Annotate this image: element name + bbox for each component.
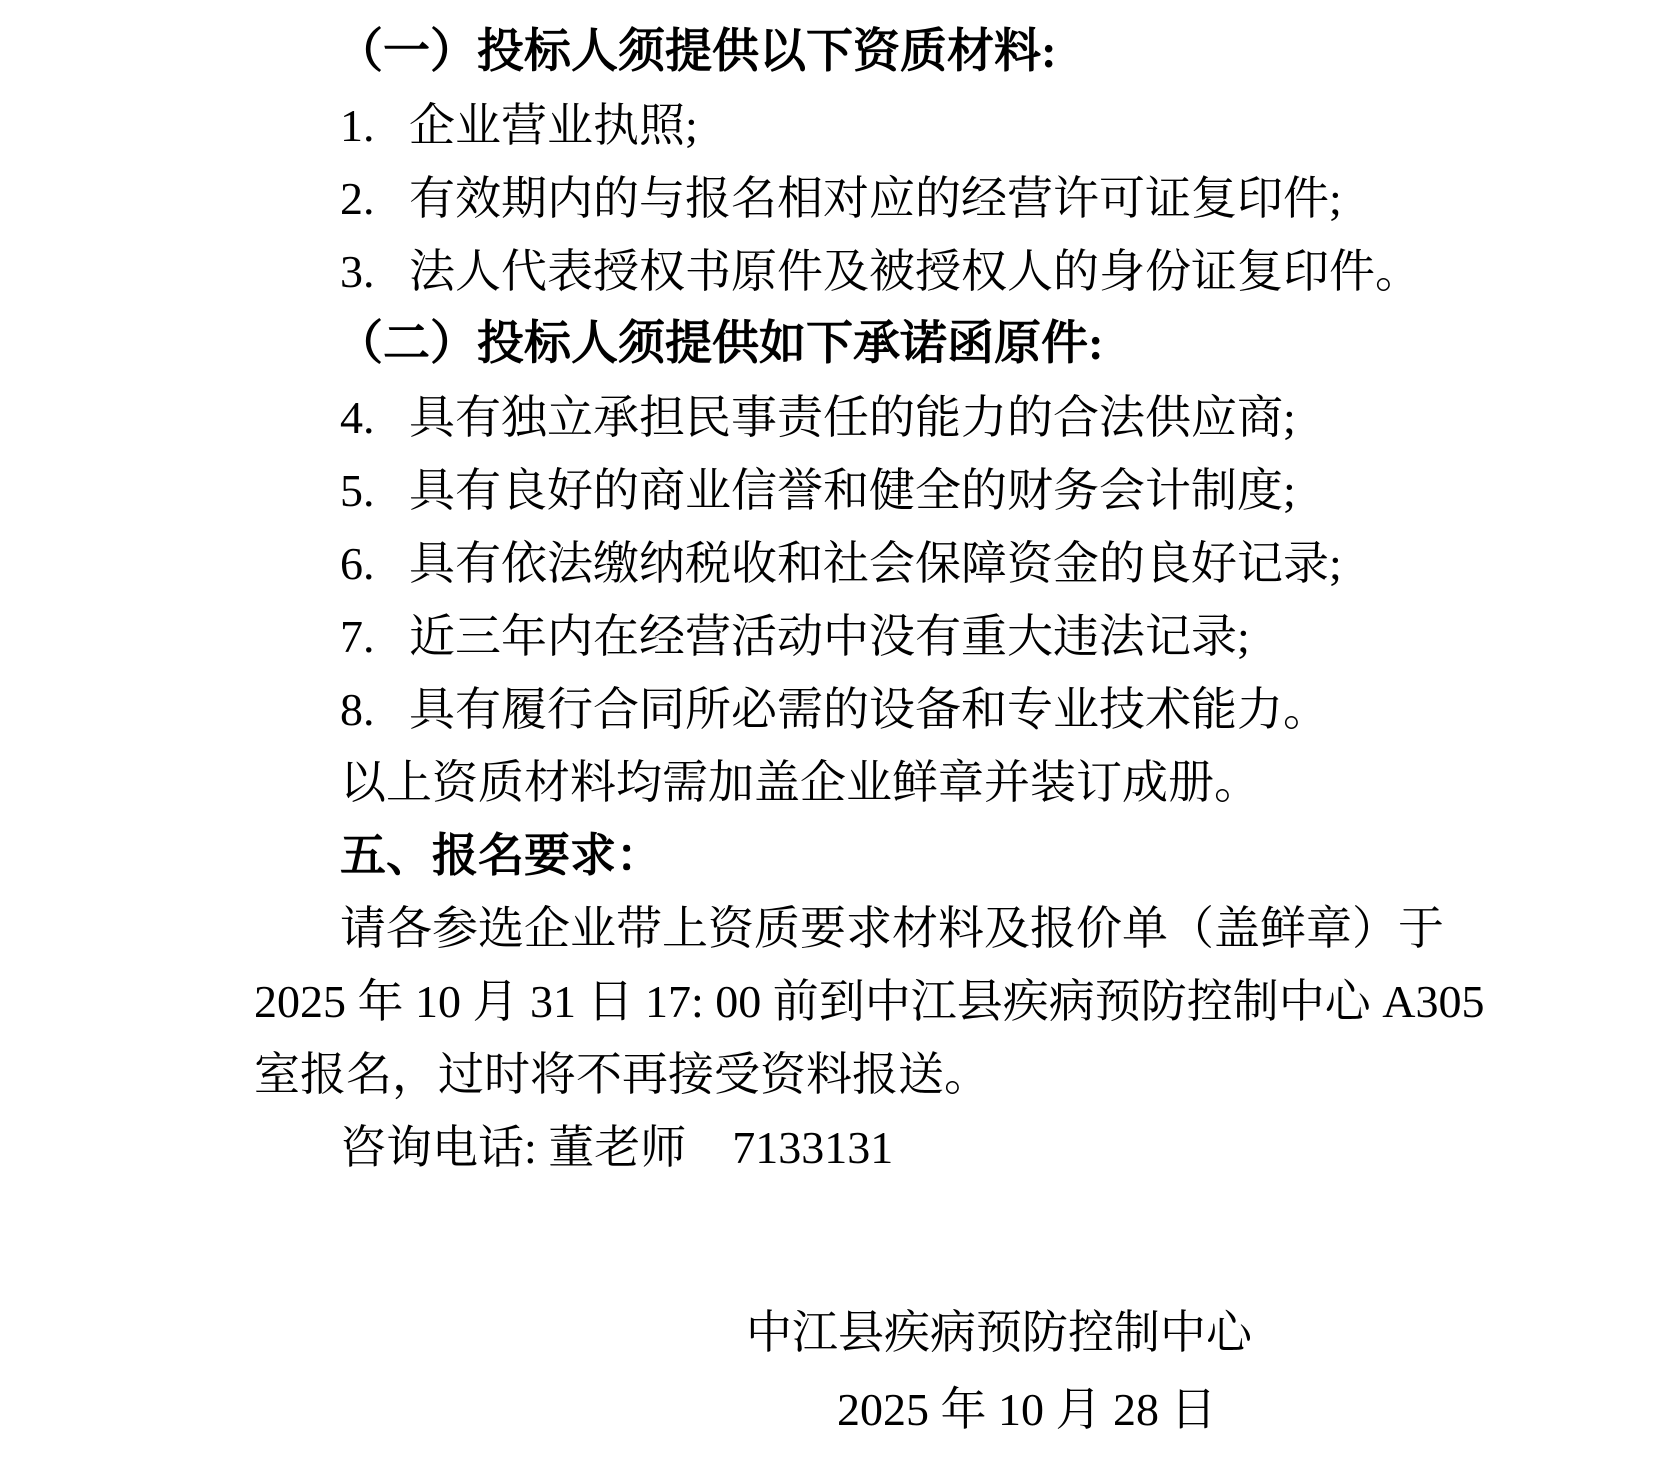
list-item-2: 2. 有效期内的与报名相对应的经营许可证复印件; [240, 162, 1454, 235]
section-heading-qualification: （一）投标人须提供以下资质材料: [240, 16, 1454, 89]
list-item-8: 8. 具有履行合同所必需的设备和专业技术能力。 [240, 673, 1454, 746]
signature-org: 中江县疾病预防控制中心 [240, 1294, 1454, 1371]
signature-date: 2025 年 10 月 28 日 [240, 1371, 1454, 1448]
section-heading-registration: 五、报名要求： [240, 819, 1454, 892]
document-page: （一）投标人须提供以下资质材料: 1. 企业营业执照; 2. 有效期内的与报名相… [0, 0, 1654, 1458]
list-item-1: 1. 企业营业执照; [240, 89, 1454, 162]
list-item-7: 7. 近三年内在经营活动中没有重大违法记录; [240, 600, 1454, 673]
contact-phone-line: 咨询电话: 董老师 7133131 [240, 1111, 1454, 1184]
list-item-4: 4. 具有独立承担民事责任的能力的合法供应商; [240, 381, 1454, 454]
list-item-6: 6. 具有依法缴纳税收和社会保障资金的良好记录; [240, 527, 1454, 600]
list-item-3: 3. 法人代表授权书原件及被授权人的身份证复印件。 [240, 235, 1454, 308]
registration-paragraph-line-1: 请各参选企业带上资质要求材料及报价单（盖鲜章）于 [240, 892, 1454, 965]
binding-note: 以上资质材料均需加盖企业鲜章并装订成册。 [240, 746, 1454, 819]
blank-line [240, 1184, 1454, 1294]
registration-paragraph-line-3: 室报名，过时将不再接受资料报送。 [240, 1038, 1454, 1111]
list-item-5: 5. 具有良好的商业信誉和健全的财务会计制度; [240, 454, 1454, 527]
registration-paragraph-line-2: 2025 年 10 月 31 日 17: 00 前到中江县疾病预防控制中心 A3… [240, 965, 1454, 1038]
section-heading-commitment: （二）投标人须提供如下承诺函原件: [240, 308, 1454, 381]
document-screenshot: { "page": { "background": "#ffffff", "te… [0, 0, 1654, 1458]
